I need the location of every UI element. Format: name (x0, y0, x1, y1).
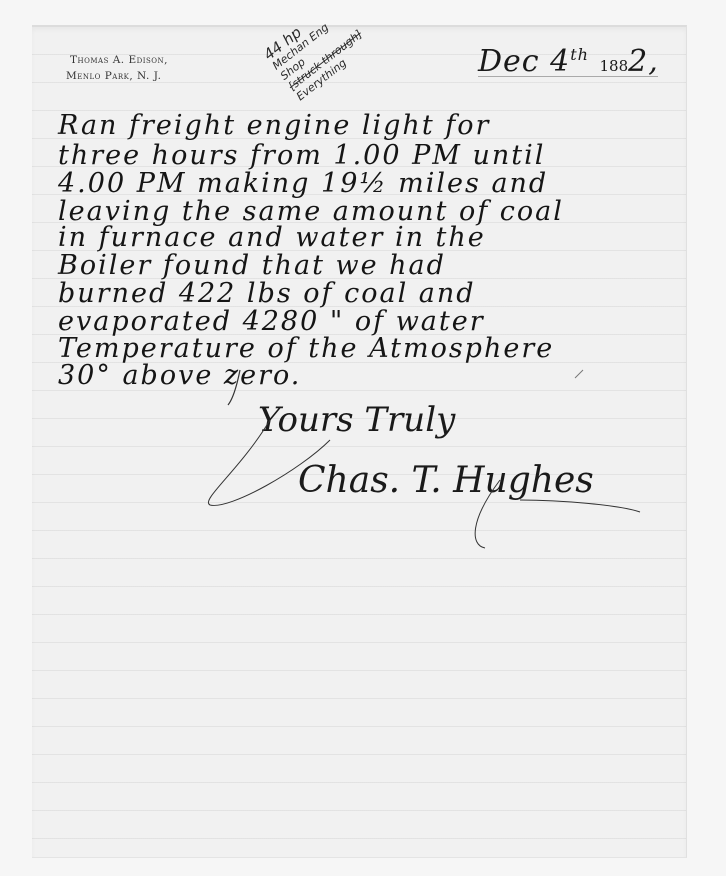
signature-flourish (0, 0, 726, 876)
